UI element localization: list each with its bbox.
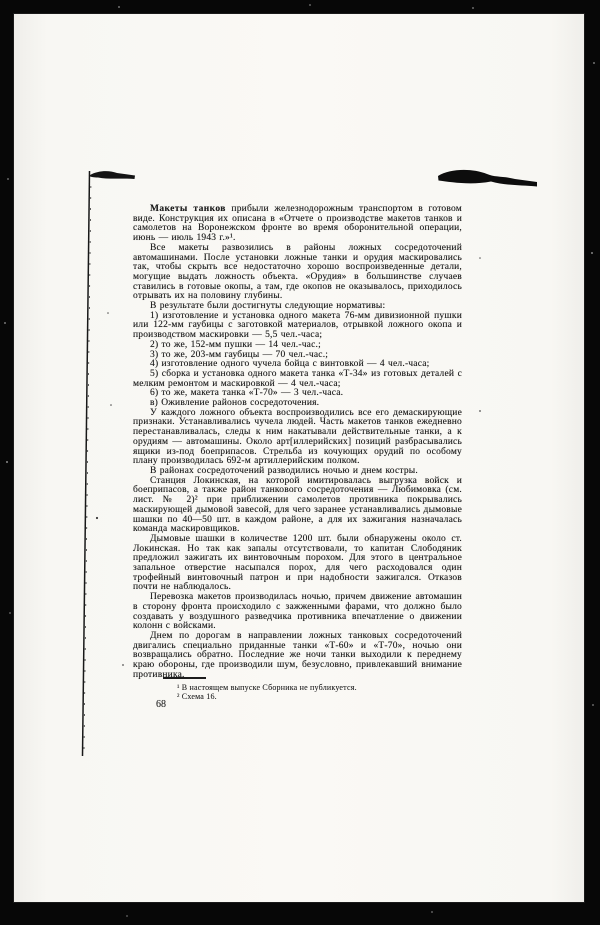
paragraph-lead-bold: Макеты танков: [150, 204, 226, 214]
footnote-1: ¹ В настоящем выпуске Сборника не публик…: [177, 683, 357, 692]
paper-speck: [107, 312, 109, 314]
paragraph: Все макеты развозились в районы ложных с…: [133, 244, 462, 302]
scan-dust-specks: [0, 0, 2, 2]
paper-speck: [122, 664, 124, 666]
page-fold-speckle: [84, 175, 91, 751]
paragraph: У каждого ложного объекта воспроизводили…: [133, 409, 462, 467]
footnote-separator: [163, 677, 206, 679]
paper-speck: [479, 257, 481, 259]
paragraph: Днем по дорогам в направлении ложных тан…: [133, 632, 462, 681]
list-item: 1) изготовление и установка одного макет…: [133, 312, 462, 341]
paper-speck: [110, 404, 112, 406]
paragraph: Перевозка макетов производилась ночью, п…: [133, 593, 462, 632]
text-block: Макеты танков прибыли железнодорожным тр…: [133, 205, 462, 680]
page-number: 68: [156, 699, 166, 710]
book-page: Макеты танков прибыли железнодорожным тр…: [13, 13, 585, 903]
ink-smudge-large: [438, 170, 537, 187]
footnote-2: ² Схема 16.: [177, 692, 217, 701]
paragraph: Дымовые шашки в количестве 1200 шт. были…: [133, 535, 462, 593]
paper-speck: [96, 517, 98, 519]
ink-smudge-small: [90, 171, 135, 179]
list-item: 5) сборка и установка одного макета танк…: [133, 370, 462, 389]
paper-speck: [479, 410, 481, 412]
page-fold-line: [83, 171, 90, 756]
paragraph: Станция Локинская, на которой имитировал…: [133, 477, 462, 535]
paragraph-lead: Макеты танков прибыли железнодорожным тр…: [133, 205, 462, 244]
